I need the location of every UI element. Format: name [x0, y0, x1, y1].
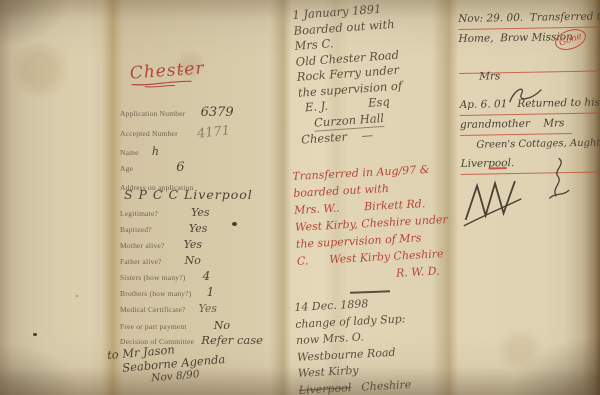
gone-stamp-text: Gone [558, 31, 584, 48]
form-row-application-number: Application Number 6379 [120, 101, 234, 120]
entry-divider-rule [350, 290, 390, 293]
struck-word: Liverpool [298, 381, 351, 395]
entry-line-with-signature: Mrs [459, 47, 599, 74]
paper-speck [33, 333, 37, 336]
entry-line: grandmother Mrs [460, 114, 572, 136]
paper-speck [76, 295, 78, 297]
red-dash-mark [489, 167, 507, 169]
field-value: 6 [176, 160, 184, 175]
form-row-age: Age 6 [120, 156, 184, 175]
signature-w-flourish-mark [463, 177, 526, 230]
form-panel: Chester Application Number 6379 Accepted… [120, 55, 282, 395]
entry-1891: 1 January 1891 Boarded out with Mrs C. O… [292, 0, 459, 148]
field-value-pencil: 4171 [196, 123, 230, 141]
entry-text: Mrs [479, 70, 500, 82]
field-label: Application Number [120, 109, 185, 118]
correction-word: Cheshire [361, 377, 412, 393]
entry-line: Ap. 6. 01 Returned to his [460, 94, 600, 116]
entry-line: Liverpool. [461, 153, 600, 175]
entry-1898: 14 Dec. 1898 change of lady Sup: now Mrs… [294, 294, 412, 395]
field-value: S P C C Liverpool [124, 187, 253, 202]
entry-1897-red: Transferred in Aug/97 & boarded out with… [292, 160, 458, 287]
right-notes-panel: Nov: 29. 00. Transferred to Domville Hom… [458, 8, 600, 390]
entry-line: Green's Cottages, Aughton's Gate [476, 134, 600, 155]
middle-notes-panel: 1 January 1891 Boarded out with Mrs C. O… [292, 8, 450, 392]
monogram-flourish-mark [543, 156, 574, 203]
case-location-title: Chester [129, 58, 205, 89]
case-location-text: Chester [129, 58, 205, 83]
document-photo: Chester Application Number 6379 Accepted… [0, 0, 600, 395]
field-label: Medical Certificate? [120, 305, 185, 314]
field-value: 6379 [201, 105, 234, 120]
entry-line: Nov: 29. 00. Transferred to Domville [458, 8, 598, 30]
field-label: Accepted Number [120, 129, 178, 138]
field-label: Age [120, 164, 133, 173]
form-row-accepted-number: Accepted Number 4171 [120, 121, 230, 140]
